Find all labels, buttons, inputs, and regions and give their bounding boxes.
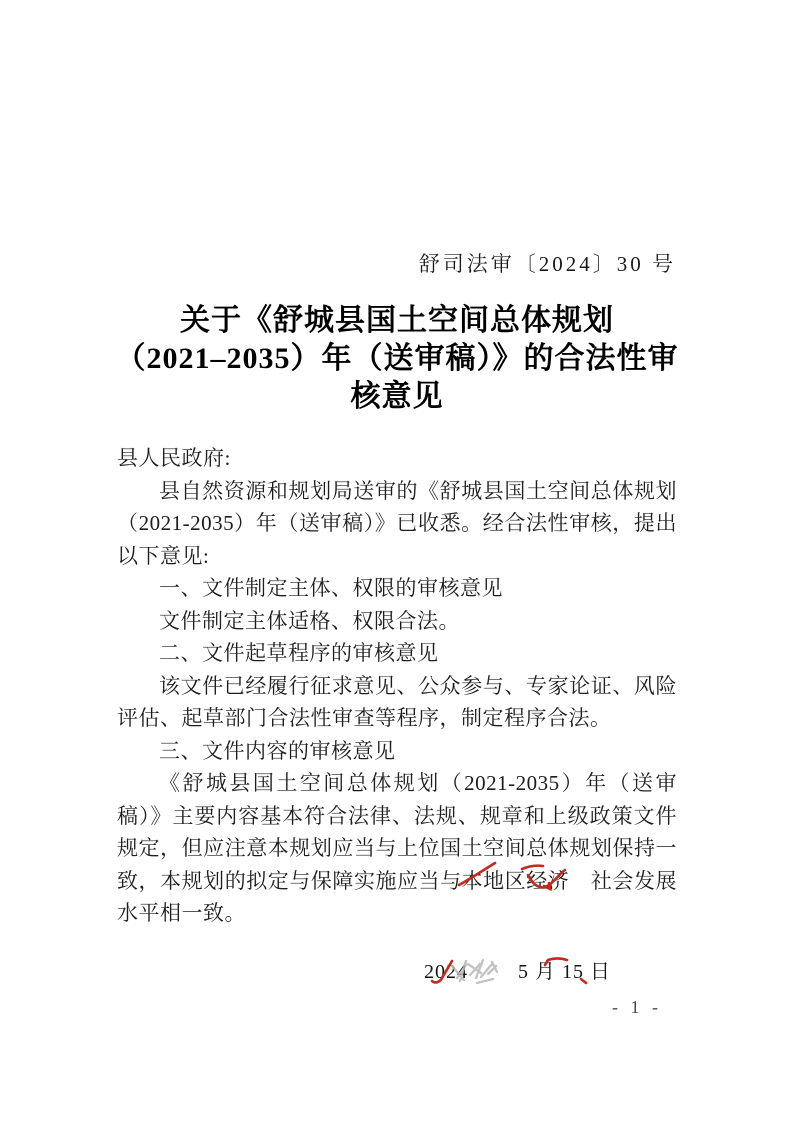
body-paragraph-section-1: 文件制定主体适格、权限合法。 — [117, 605, 677, 638]
body-paragraph-section-2: 该文件已经履行征求意见、公众参与、专家论证、风险评估、起草部门合法性审查等程序，… — [117, 670, 677, 735]
body-heading-section-2: 二、文件起草程序的审核意见 — [117, 637, 677, 670]
body-heading-section-1: 一、文件制定主体、权限的审核意见 — [117, 572, 677, 605]
document-page: 舒司法审〔2024〕30 号 关于《舒城县国土空间总体规划 （2021–2035… — [0, 0, 794, 1122]
document-title: 关于《舒城县国土空间总体规划 （2021–2035）年（送审稿）》的合法性审 核… — [57, 302, 737, 416]
page-number: - 1 - — [601, 997, 673, 1018]
body-paragraph-intro: 县自然资源和规划局送审的《舒城县国土空间总体规划（2021-2035）年（送审稿… — [117, 475, 677, 573]
salutation: 县人民政府: — [117, 442, 677, 475]
date-line: 2024 5 月 15 日 — [424, 955, 611, 984]
date-year: 2024 — [424, 961, 468, 984]
body-paragraph-section-3: 《舒城县国土空间总体规划（2021-2035）年（送审稿）》主要内容基本符合法律… — [117, 767, 677, 930]
document-number: 舒司法审〔2024〕30 号 — [117, 248, 676, 278]
date-month-day: 5 月 15 日 — [518, 955, 611, 984]
document-body: 县人民政府: 县自然资源和规划局送审的《舒城县国土空间总体规划（2021-203… — [117, 442, 677, 930]
body-heading-section-3: 三、文件内容的审核意见 — [117, 735, 677, 768]
